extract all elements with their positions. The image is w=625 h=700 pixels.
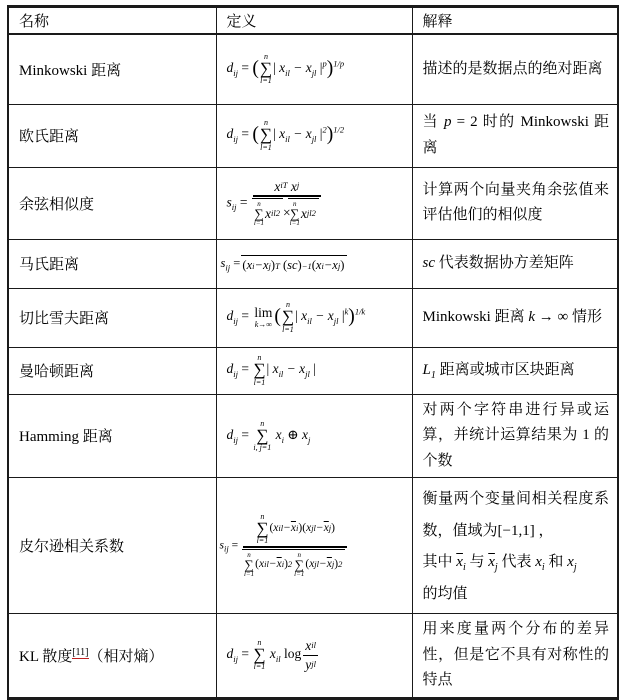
math-token: ij xyxy=(225,262,230,272)
metric-name: 欧氏距离 xyxy=(8,104,216,167)
metric-name: KL 散度[11]（相对熵） xyxy=(8,614,216,699)
math-token: l=1 xyxy=(294,571,304,578)
math-token: jl xyxy=(312,68,317,78)
row-manhattan: 曼哈顿距离 dij = n∑l=1| xil − xjl | L1 距离或城市区… xyxy=(8,347,618,394)
math-token: x xyxy=(567,554,574,570)
math-token: sc xyxy=(423,255,436,271)
math-token: = xyxy=(241,309,249,324)
math-token: − xyxy=(283,522,291,535)
formula-euclidean: dij = (n∑l=1| xil − xjl |2)1/2 xyxy=(227,119,345,151)
summation: n∑l=1 xyxy=(244,552,254,578)
math-token: l=1 xyxy=(282,326,294,334)
math-token: il xyxy=(279,369,284,379)
math-token: ij xyxy=(233,316,238,326)
math-token: 1/2 xyxy=(333,125,344,135)
radicand: (xi−xj)T (sc)−1(xi−xj) xyxy=(241,255,347,273)
formula-kl: dij = n∑l=1 xil logxilyjl xyxy=(227,638,320,672)
formula-pearson: sij = n∑l=1(xil−xi)(xjl−xj) n∑l=1(xil−xi… xyxy=(220,513,350,578)
metric-name: Hamming 距离 xyxy=(8,394,216,478)
row-hamming: Hamming 距离 dij = n∑i, j=1 xi ⊕ xj 对两个字符串… xyxy=(8,394,618,478)
math-token: − xyxy=(315,309,324,324)
metric-definition: dij = n∑l=1 xil logxilyjl xyxy=(216,614,412,699)
explanation-text: 其中 xyxy=(423,554,457,570)
sigma-symbol: ∑ xyxy=(260,127,272,143)
math-token: l=1 xyxy=(257,537,269,545)
metric-name: 马氏距离 xyxy=(8,239,216,288)
row-chebyshev: 切比雪夫距离 dij = limk→∞(n∑l=1| xil − xjl |k)… xyxy=(8,288,618,347)
math-token: j xyxy=(308,435,310,445)
summation: n∑l=1 xyxy=(260,119,272,151)
math-token: 2 xyxy=(338,560,342,570)
math-token: ij xyxy=(233,134,238,144)
metric-explanation: 对两个字符串进行异或运算，并统计运算结果为 1 的个数 xyxy=(412,394,618,478)
formula-mahalanobis: sij = (xi−xj)T (sc)−1(xi−xj) xyxy=(221,255,348,273)
math-token: − xyxy=(319,558,327,571)
metric-definition: dij = (n∑l=1| xil − xjl |p)1/p xyxy=(216,34,412,104)
sigma-symbol: ∑ xyxy=(260,61,272,77)
math-token: | xyxy=(273,60,276,75)
metric-explanation: L1 距离或城市区块距离 xyxy=(412,347,618,394)
metric-definition: sij = n∑l=1(xil−xi)(xjl−xj) n∑l=1(xil−xi… xyxy=(216,478,412,614)
math-token: | xyxy=(273,127,276,142)
metric-name: 皮尔逊相关系数 xyxy=(8,478,216,614)
math-token: x xyxy=(535,554,542,570)
math-token: = xyxy=(240,194,248,209)
metric-name: 曼哈顿距离 xyxy=(8,347,216,394)
fraction-bar xyxy=(253,195,321,197)
math-token: 2 xyxy=(276,209,280,219)
math-token: = xyxy=(241,427,249,442)
summation: n∑l=1 xyxy=(256,513,268,545)
fraction-numerator: xil xyxy=(303,638,318,654)
math-token: ij xyxy=(233,654,238,664)
math-token: = xyxy=(232,539,239,551)
math-token: 1/k xyxy=(355,307,365,317)
metric-explanation: 计算两个向量夹角余弦值来评估他们的相似度 xyxy=(412,167,618,239)
metric-definition: sij = (xi−xj)T (sc)−1(xi−xj) xyxy=(216,239,412,288)
math-token: − xyxy=(287,362,296,377)
explanation-text: Minkowski 距离 xyxy=(423,309,529,325)
radicand: n∑l=1(xjl−xj)2 xyxy=(292,549,345,578)
math-token: l=1 xyxy=(254,220,264,227)
metric-explanation: sc 代表数据协方差矩阵 xyxy=(412,239,618,288)
math-token: il xyxy=(311,641,316,651)
document-page: 名称 定义 解释 Minkowski 距离 dij = (n∑l=1| xil … xyxy=(0,0,625,700)
math-token: − xyxy=(316,522,324,535)
explanation-text: 代表 xyxy=(498,554,536,570)
math-token: l=1 xyxy=(260,77,272,85)
math-token: = xyxy=(241,362,249,377)
sigma-symbol: ∑ xyxy=(256,521,268,537)
row-euclidean: 欧氏距离 dij = (n∑l=1| xil − xjl |2)1/2 当 p … xyxy=(8,104,618,167)
metric-definition: dij = limk→∞(n∑l=1| xil − xjl |k)1/k xyxy=(216,288,412,347)
square-root: n∑l=1(xil−xi)2 xyxy=(245,549,295,578)
math-token: = xyxy=(233,256,240,270)
math-token: lim xyxy=(254,306,272,320)
metric-explanation: 用来度量两个分布的差异性，但是它不具有对称性的特点 xyxy=(412,614,618,699)
summation: n∑l=1 xyxy=(282,301,294,333)
math-token: − xyxy=(293,60,302,75)
summation: n∑l=1 xyxy=(260,53,272,85)
formula-manhattan: dij = n∑l=1| xil − xjl | xyxy=(227,354,316,386)
summation: n∑l=1 xyxy=(254,201,264,227)
metric-explanation: 描述的是数据点的绝对距离 xyxy=(412,34,618,104)
metric-name-text: （相对熵） xyxy=(89,649,164,665)
metric-explanation: 当 p = 2 时的 Minkowski 距离 xyxy=(412,104,618,167)
math-token: ( xyxy=(274,307,281,328)
math-token: jl xyxy=(312,134,317,144)
square-root: n∑l=1xjl2 xyxy=(291,198,319,227)
math-token: log xyxy=(284,646,301,661)
explanation-text: 和 xyxy=(545,554,568,570)
math-token: k→∞ xyxy=(255,321,272,329)
explanation-text: 计算两个向量夹角余弦值来评估他们的相似度 xyxy=(423,182,610,224)
formula-minkowski: dij = (n∑l=1| xil − xjl |p)1/p xyxy=(227,53,345,85)
explanation-text: = 2 时的 Minkowski 距离 xyxy=(423,114,610,156)
oplus-symbol: ⊕ xyxy=(287,427,298,442)
math-token: sc xyxy=(287,258,297,273)
math-token: l=1 xyxy=(260,144,272,152)
math-token: | xyxy=(295,309,298,324)
metric-definition: sij = xiT xj n∑l=1xil2×n∑l=1xjl2 xyxy=(216,167,412,239)
math-token: l=1 xyxy=(254,379,266,387)
math-token: l=1 xyxy=(254,663,266,671)
math-token: l=1 xyxy=(244,571,254,578)
math-token: j xyxy=(574,562,577,573)
fraction-denominator: n∑l=1(xil−xi)2n∑l=1(xjl−xj)2 xyxy=(243,549,347,578)
citation-marker: [11] xyxy=(72,647,88,659)
math-token: 1/p xyxy=(333,59,344,69)
radicand: n∑l=1xjl2 xyxy=(288,198,319,227)
metric-explanation: Minkowski 距离 k → ∞ 情形 xyxy=(412,288,618,347)
row-minkowski: Minkowski 距离 dij = (n∑l=1| xil − xjl |p)… xyxy=(8,34,618,104)
square-root: (xi−xj)T (sc)−1(xi−xj) xyxy=(243,255,347,273)
explanation-text: 与 xyxy=(466,554,489,570)
math-token: ij xyxy=(233,68,238,78)
math-token: − xyxy=(324,258,332,273)
header-name: 名称 xyxy=(8,7,216,35)
math-token: ij xyxy=(224,543,229,553)
math-token: ) xyxy=(331,522,335,535)
math-token: il xyxy=(307,316,312,326)
fraction: xilyjl xyxy=(303,638,318,672)
fraction-numerator: n∑l=1(xil−xi)(xjl−xj) xyxy=(253,513,337,545)
metric-definition: dij = n∑l=1| xil − xjl | xyxy=(216,347,412,394)
row-kl-divergence: KL 散度[11]（相对熵） dij = n∑l=1 xil logxilyjl… xyxy=(8,614,618,699)
distance-metrics-table: 名称 定义 解释 Minkowski 距离 dij = (n∑l=1| xil … xyxy=(7,5,619,700)
math-token: | xyxy=(266,362,269,377)
explanation-text: → ∞ 情形 xyxy=(535,309,602,325)
fraction: xiT xj n∑l=1xil2×n∑l=1xjl2 xyxy=(253,179,321,228)
math-token: il xyxy=(285,68,290,78)
math-token: i, j=1 xyxy=(253,444,271,452)
explanation-text: 代表数据协方差矩阵 xyxy=(435,255,574,271)
metric-name-text: KL 散度 xyxy=(19,649,72,665)
math-token: ) xyxy=(340,258,344,273)
square-root: n∑l=1xil2 xyxy=(255,198,283,227)
math-token: ij xyxy=(233,435,238,445)
metric-explanation: 衡量两个变量间相关程度系数，值域为[−1,1] ， 其中 xi 与 xj 代表 … xyxy=(412,478,618,614)
row-pearson: 皮尔逊相关系数 sij = n∑l=1(xil−xi)(xjl−xj) n∑l=… xyxy=(8,478,618,614)
math-token: jl xyxy=(305,369,310,379)
math-token: il xyxy=(276,654,281,664)
math-token: | xyxy=(313,362,316,377)
metric-name: Minkowski 距离 xyxy=(8,34,216,104)
sigma-symbol: ∑ xyxy=(282,309,294,325)
math-token: il xyxy=(285,134,290,144)
fraction-numerator: xiT xj xyxy=(272,179,301,195)
math-token: − xyxy=(255,258,263,273)
math-token: i xyxy=(282,435,284,445)
square-root: n∑l=1(xjl−xj)2 xyxy=(295,549,345,578)
formula-chebyshev: dij = limk→∞(n∑l=1| xil − xjl |k)1/k xyxy=(227,301,366,333)
math-token: jl xyxy=(334,316,339,326)
fraction: n∑l=1(xil−xi)(xjl−xj) n∑l=1(xil−xi)2n∑l=… xyxy=(243,513,347,578)
header-row: 名称 定义 解释 xyxy=(8,7,618,35)
metric-name: 切比雪夫距离 xyxy=(8,288,216,347)
explanation-text: 用来度量两个分布的差异性，但是它不具有对称性的特点 xyxy=(423,621,610,688)
math-token: x xyxy=(488,554,495,570)
math-token: = xyxy=(241,127,249,142)
math-token: ( xyxy=(252,125,259,146)
math-token: j xyxy=(297,181,299,191)
explanation-text: 描述的是数据点的绝对距离 xyxy=(423,61,603,77)
math-token: = xyxy=(241,646,249,661)
summation: n∑l=1 xyxy=(253,639,265,671)
sigma-symbol: ∑ xyxy=(256,428,268,444)
math-token: x xyxy=(456,554,463,570)
math-token: jl xyxy=(311,660,316,670)
fraction-denominator: yjl xyxy=(303,657,318,673)
math-token: l=1 xyxy=(290,220,300,227)
math-token: k xyxy=(528,309,535,325)
radicand: n∑l=1(xil−xi)2 xyxy=(242,549,295,578)
metric-definition: dij = n∑i, j=1 xi ⊕ xj xyxy=(216,394,412,478)
formula-cosine: sij = xiT xj n∑l=1xil2×n∑l=1xjl2 xyxy=(227,179,323,228)
math-token: T xyxy=(283,181,288,191)
math-token: ( xyxy=(252,58,259,79)
fraction-bar xyxy=(303,655,318,656)
math-token: − xyxy=(269,558,277,571)
sigma-symbol: ∑ xyxy=(253,647,265,663)
explanation-text: 的均值 xyxy=(423,586,468,602)
sigma-symbol: ∑ xyxy=(253,362,265,378)
metric-name: 余弦相似度 xyxy=(8,167,216,239)
summation: n∑l=1 xyxy=(294,552,304,578)
explanation-text: 衡量两个变量间相关程度系数，值域为[−1,1] ， xyxy=(423,491,610,539)
fraction-denominator: n∑l=1xil2×n∑l=1xjl2 xyxy=(253,198,321,227)
explanation-text: 对两个字符串进行异或运算，并统计运算结果为 1 的个数 xyxy=(423,402,610,469)
summation: n∑i, j=1 xyxy=(253,420,271,452)
math-token: T xyxy=(275,261,280,271)
summation: n∑l=1 xyxy=(253,354,265,386)
explanation-text: 当 xyxy=(423,114,444,130)
math-token: ij xyxy=(232,202,237,212)
explanation-text: 距离或城市区块距离 xyxy=(436,362,575,378)
math-token: −1 xyxy=(302,261,312,271)
lim-operator: limk→∞ xyxy=(254,306,272,328)
math-token: 2 xyxy=(312,209,316,219)
radicand: n∑l=1xil2 xyxy=(252,198,283,227)
row-mahalanobis: 马氏距离 sij = (xi−xj)T (sc)−1(xi−xj) sc 代表数… xyxy=(8,239,618,288)
math-token: − xyxy=(293,127,302,142)
formula-hamming: dij = n∑i, j=1 xi ⊕ xj xyxy=(227,420,311,452)
row-cosine: 余弦相似度 sij = xiT xj n∑l=1xil2×n∑l=1xjl2 计… xyxy=(8,167,618,239)
math-token: ij xyxy=(233,369,238,379)
summation: n∑l=1 xyxy=(290,201,300,227)
math-token: = xyxy=(241,60,249,75)
math-token: L xyxy=(423,362,431,378)
header-definition: 定义 xyxy=(216,7,412,35)
metric-definition: dij = (n∑l=1| xil − xjl |2)1/2 xyxy=(216,104,412,167)
fraction-bar xyxy=(243,546,347,548)
header-explanation: 解释 xyxy=(412,7,618,35)
